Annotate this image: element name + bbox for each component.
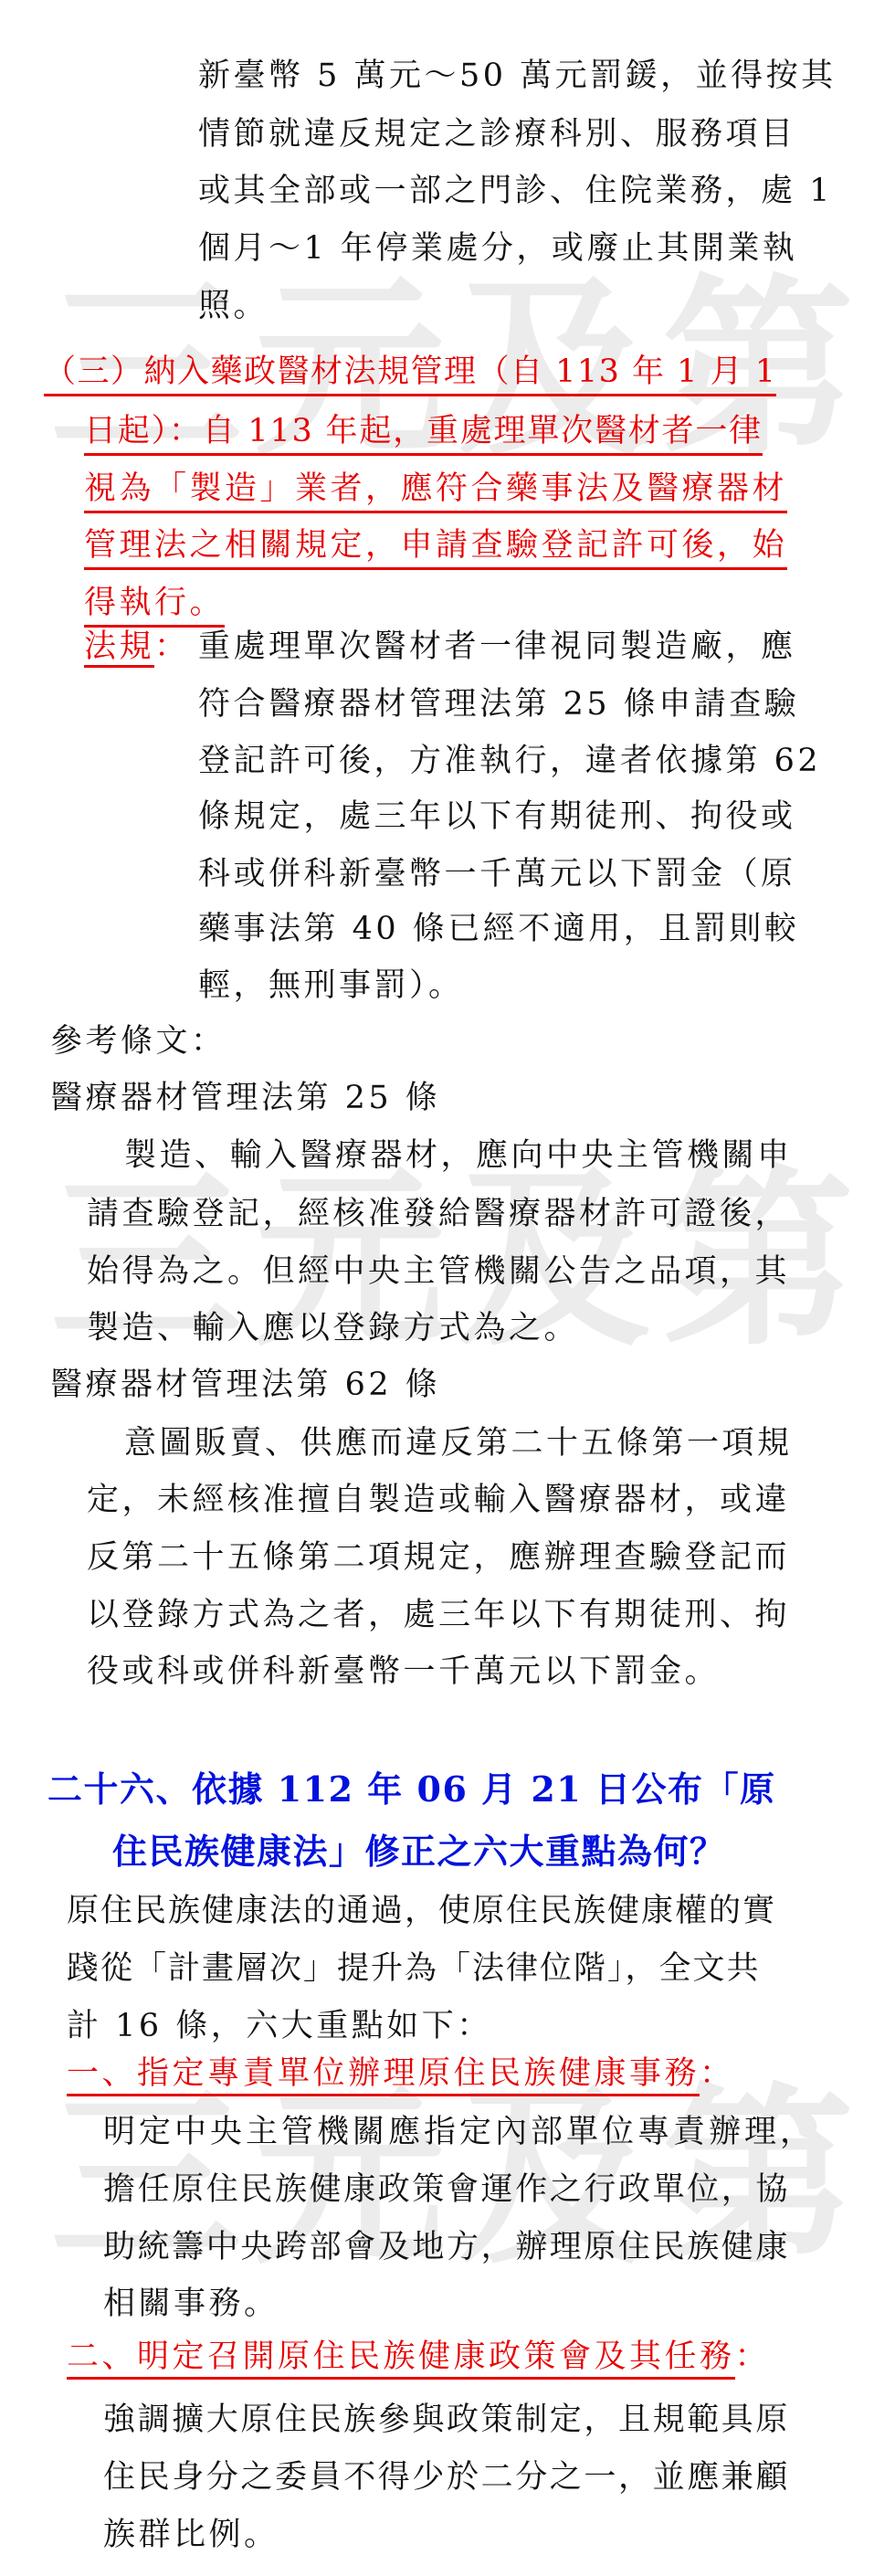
- section-3-line: 視為「製造」業者，應符合藥事法及醫療器材: [84, 469, 787, 513]
- section-3-line: （三）納入藥政醫材法規管理（自 113 年 1 月 1: [44, 352, 776, 396]
- references-title: 參考條文：: [50, 1021, 226, 1061]
- text-line: 製造、輸入應以登錄方式為之。: [87, 1308, 579, 1348]
- point-2-title-line: 二、明定召開原住民族健康政策會及其任務：: [67, 2337, 770, 2377]
- point-title: 二、明定召開原住民族健康政策會及其任務: [67, 2338, 735, 2380]
- regulation-colon: ：: [154, 628, 190, 665]
- section-3-line: 日起）：自 113 年起，重處理單次醫材者一律: [84, 411, 763, 456]
- article-heading: 醫療器材管理法第 62 條: [50, 1365, 440, 1405]
- point-title: 一、指定專責單位辦理原住民族健康事務: [67, 2055, 700, 2096]
- regulation-label: 法規: [84, 628, 154, 668]
- regulation-label-line: 法規：: [84, 627, 190, 667]
- text-line: 以登錄方式為之者，處三年以下有期徒刑、拘: [87, 1595, 790, 1635]
- text-line: 或其全部或一部之門診、住院業務，處 1: [198, 171, 833, 211]
- point-colon: ：: [700, 2055, 735, 2092]
- question-heading-line: 二十六、依據 112 年 06 月 21 日公布「原: [47, 1769, 775, 1810]
- text-line: 照。: [198, 286, 268, 326]
- text-line: 個月～1 年停業處分，或廢止其開業執: [198, 228, 797, 269]
- text-line: 反第二十五條第二項規定，應辦理查驗登記而: [87, 1537, 790, 1578]
- text-line: 踐從「計畫層次」提升為「法律位階」，全文共: [67, 1948, 761, 1989]
- text-line: 請查驗登記，經核准發給醫療器材許可證後，: [87, 1194, 790, 1234]
- section-3-line: 得執行。: [84, 583, 225, 628]
- text-line: 定，未經核准擅自製造或輸入醫療器材，或違: [87, 1480, 790, 1520]
- text-line: 登記許可後，方准執行，違者依據第 62: [198, 741, 821, 781]
- text-line: 相關事務。: [103, 2284, 279, 2324]
- section-3-line: 管理法之相關規定，申請查驗登記許可後，始: [84, 525, 787, 570]
- text-line: 意圖販賣、供應而違反第二十五條第一項規: [124, 1423, 793, 1463]
- text-line: 科或併科新臺幣一千萬元以下罰金（原: [198, 854, 796, 894]
- text-line: 藥事法第 40 條已經不適用，且罰則較: [198, 909, 799, 949]
- point-1-title-line: 一、指定專責單位辦理原住民族健康事務：: [67, 2053, 735, 2094]
- text-line: 住民身分之委員不得少於二分之一，並應兼顧: [103, 2457, 790, 2497]
- text-line: 始得為之。但經中央主管機關公告之品項，其: [87, 1251, 790, 1292]
- text-line: 族群比例。: [103, 2515, 279, 2555]
- text-line: 重處理單次醫材者一律視同製造廠，應: [198, 627, 796, 667]
- text-line: 明定中央主管機關應指定內部單位專責辦理，: [103, 2112, 816, 2152]
- text-line: 助統籌中央跨部會及地方，辦理原住民族健康: [103, 2227, 790, 2267]
- article-heading: 醫療器材管理法第 25 條: [50, 1078, 440, 1118]
- text-line: 擔任原住民族健康政策會運作之行政單位，協: [103, 2170, 790, 2210]
- text-line: 新臺幣 5 萬元～50 萬元罰鍰，並得按其: [198, 56, 837, 96]
- point-colon: ：: [735, 2338, 771, 2375]
- text-line: 計 16 條，六大重點如下：: [67, 2006, 492, 2046]
- text-line: 符合醫療器材管理法第 25 條申請查驗: [198, 684, 799, 724]
- text-line: 情節就違反規定之診療科別、服務項目: [198, 114, 796, 154]
- text-line: 役或科或併科新臺幣一千萬元以下罰金。: [87, 1652, 720, 1692]
- text-line: 製造、輸入醫療器材，應向中央主管機關申: [124, 1135, 793, 1176]
- text-line: 強調擴大原住民族參與政策制定，且規範具原: [103, 2400, 790, 2440]
- text-line: 原住民族健康法的通過，使原住民族健康權的實: [67, 1891, 776, 1931]
- text-line: 條規定，處三年以下有期徒刑、拘役或: [198, 797, 796, 837]
- text-line: 輕，無刑事罰）。: [198, 966, 464, 1006]
- question-heading-line: 住民族健康法」修正之六大重點為何？: [112, 1832, 726, 1872]
